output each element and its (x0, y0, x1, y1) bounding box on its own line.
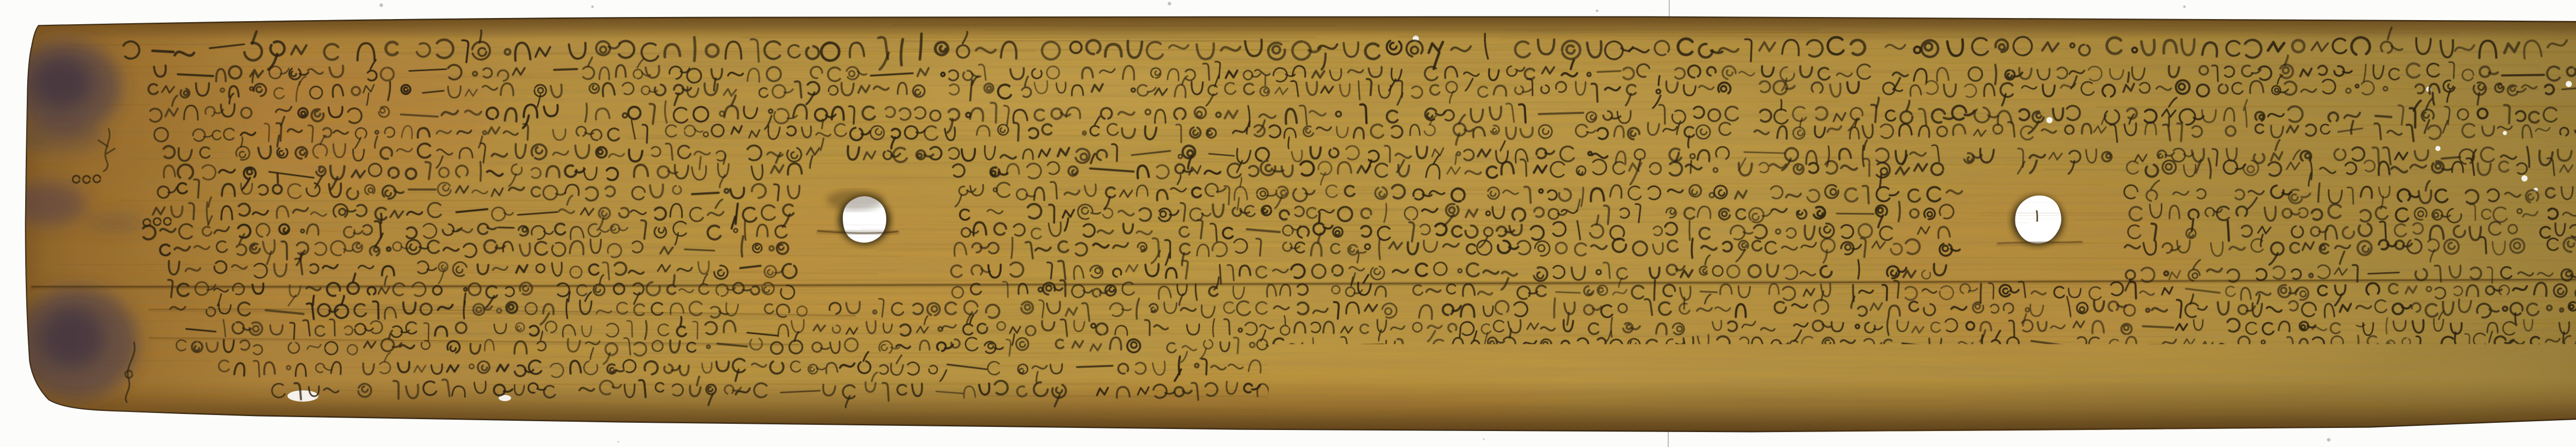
scanned-page: 1 8 3 184 (0, 0, 2576, 447)
dust-speck (2327, 438, 2331, 442)
dust-speck (1168, 2, 1172, 6)
manuscript-text-layer (0, 0, 2576, 447)
dust-speck (618, 441, 619, 443)
dust-speck (1596, 10, 1599, 12)
dust-speck (1483, 439, 1485, 440)
dust-speck (380, 4, 383, 7)
dust-speck (2183, 6, 2186, 8)
dust-speck (591, 6, 594, 8)
